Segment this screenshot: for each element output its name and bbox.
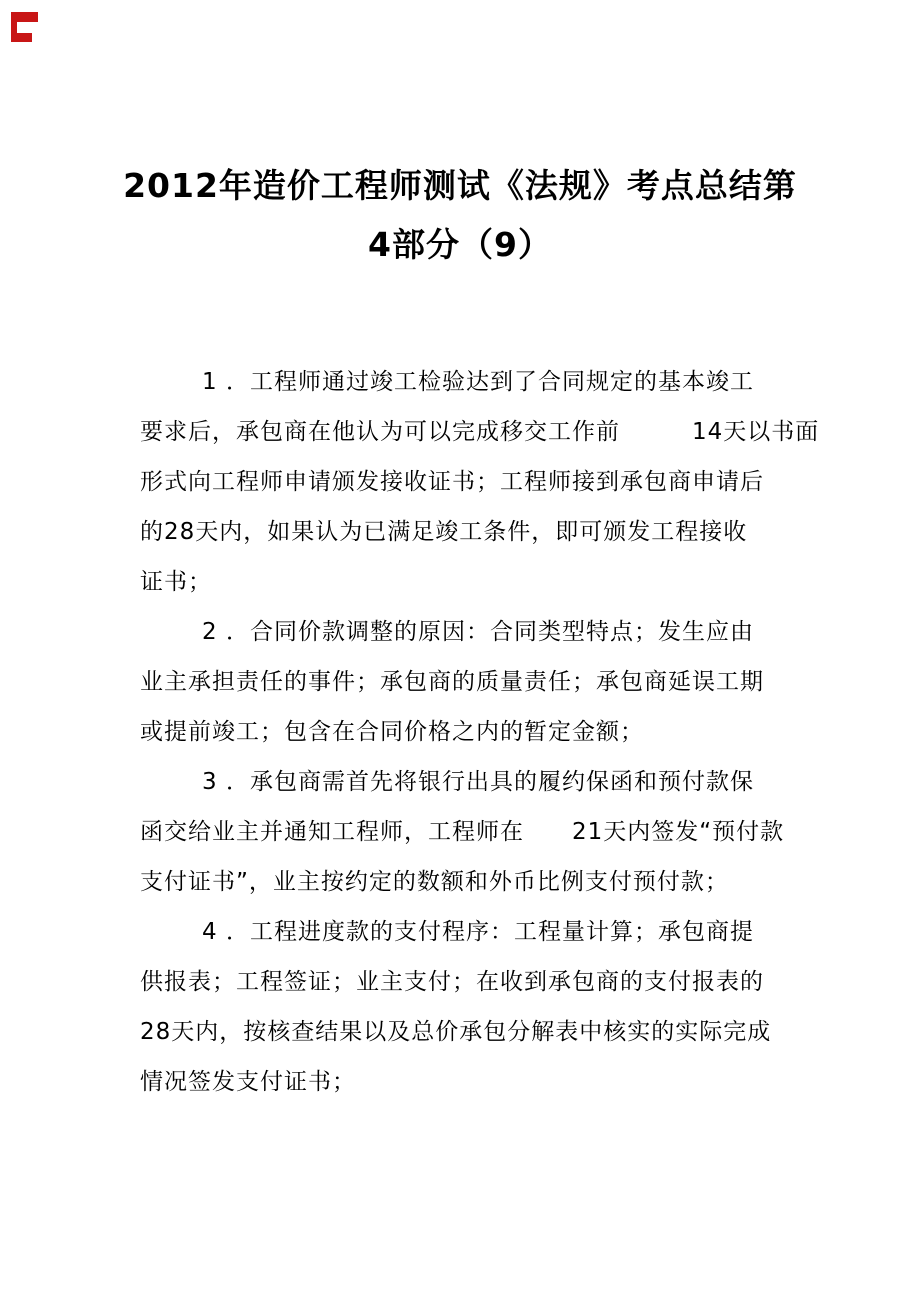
document-title-line-2: 4部分（9） — [70, 215, 850, 274]
text-line: 4 ．工程进度款的支付程序：工程量计算；承包商提 — [140, 907, 780, 957]
text-line: 1 ．工程师通过竣工检验达到了合同规定的基本竣工 — [140, 357, 780, 407]
text-line: 情况签发支付证书； — [140, 1057, 780, 1107]
text-line: 供报表；工程签证；业主支付；在收到承包商的支付报表的 — [140, 957, 780, 1007]
paragraph-4: 4 ．工程进度款的支付程序：工程量计算；承包商提 供报表；工程签证；业主支付；在… — [140, 907, 780, 1107]
paragraph-2: 2 ．合同价款调整的原因：合同类型特点；发生应由 业主承担责任的事件；承包商的质… — [140, 607, 780, 757]
text-line: 2 ．合同价款调整的原因：合同类型特点；发生应由 — [140, 607, 780, 657]
document-body: 1 ．工程师通过竣工检验达到了合同规定的基本竣工 要求后，承包商在他认为可以完成… — [140, 357, 780, 1107]
document-title-line-1: 2012年造价工程师测试《法规》考点总结第 — [70, 156, 850, 215]
text-line: 的28天内，如果认为已满足竣工条件，即可颁发工程接收 — [140, 507, 780, 557]
text-line: 形式向工程师申请颁发接收证书；工程师接到承包商申请后 — [140, 457, 780, 507]
text-line: 3 ．承包商需首先将银行出具的履约保函和预付款保 — [140, 757, 780, 807]
text-line: 要求后，承包商在他认为可以完成移交工作前 14天以书面 — [140, 407, 780, 457]
document-page: 2012年造价工程师测试《法规》考点总结第 4部分（9） 1 ．工程师通过竣工检… — [0, 0, 920, 1303]
page-title: 2012年造价工程师测试《法规》考点总结第 4部分（9） — [0, 0, 920, 274]
paragraph-1: 1 ．工程师通过竣工检验达到了合同规定的基本竣工 要求后，承包商在他认为可以完成… — [140, 357, 780, 607]
text-line: 28天内，按核查结果以及总价承包分解表中核实的实际完成 — [140, 1007, 780, 1057]
text-line: 或提前竣工；包含在合同价格之内的暂定金额； — [140, 707, 780, 757]
text-line: 支付证书”，业主按约定的数额和外币比例支付预付款； — [140, 857, 780, 907]
text-line: 业主承担责任的事件；承包商的质量责任；承包商延误工期 — [140, 657, 780, 707]
text-line: 函交给业主并通知工程师，工程师在 21天内签发“预付款 — [140, 807, 780, 857]
text-line: 证书； — [140, 557, 780, 607]
red-corner-mark — [10, 9, 42, 55]
paragraph-3: 3 ．承包商需首先将银行出具的履约保函和预付款保 函交给业主并通知工程师，工程师… — [140, 757, 780, 907]
